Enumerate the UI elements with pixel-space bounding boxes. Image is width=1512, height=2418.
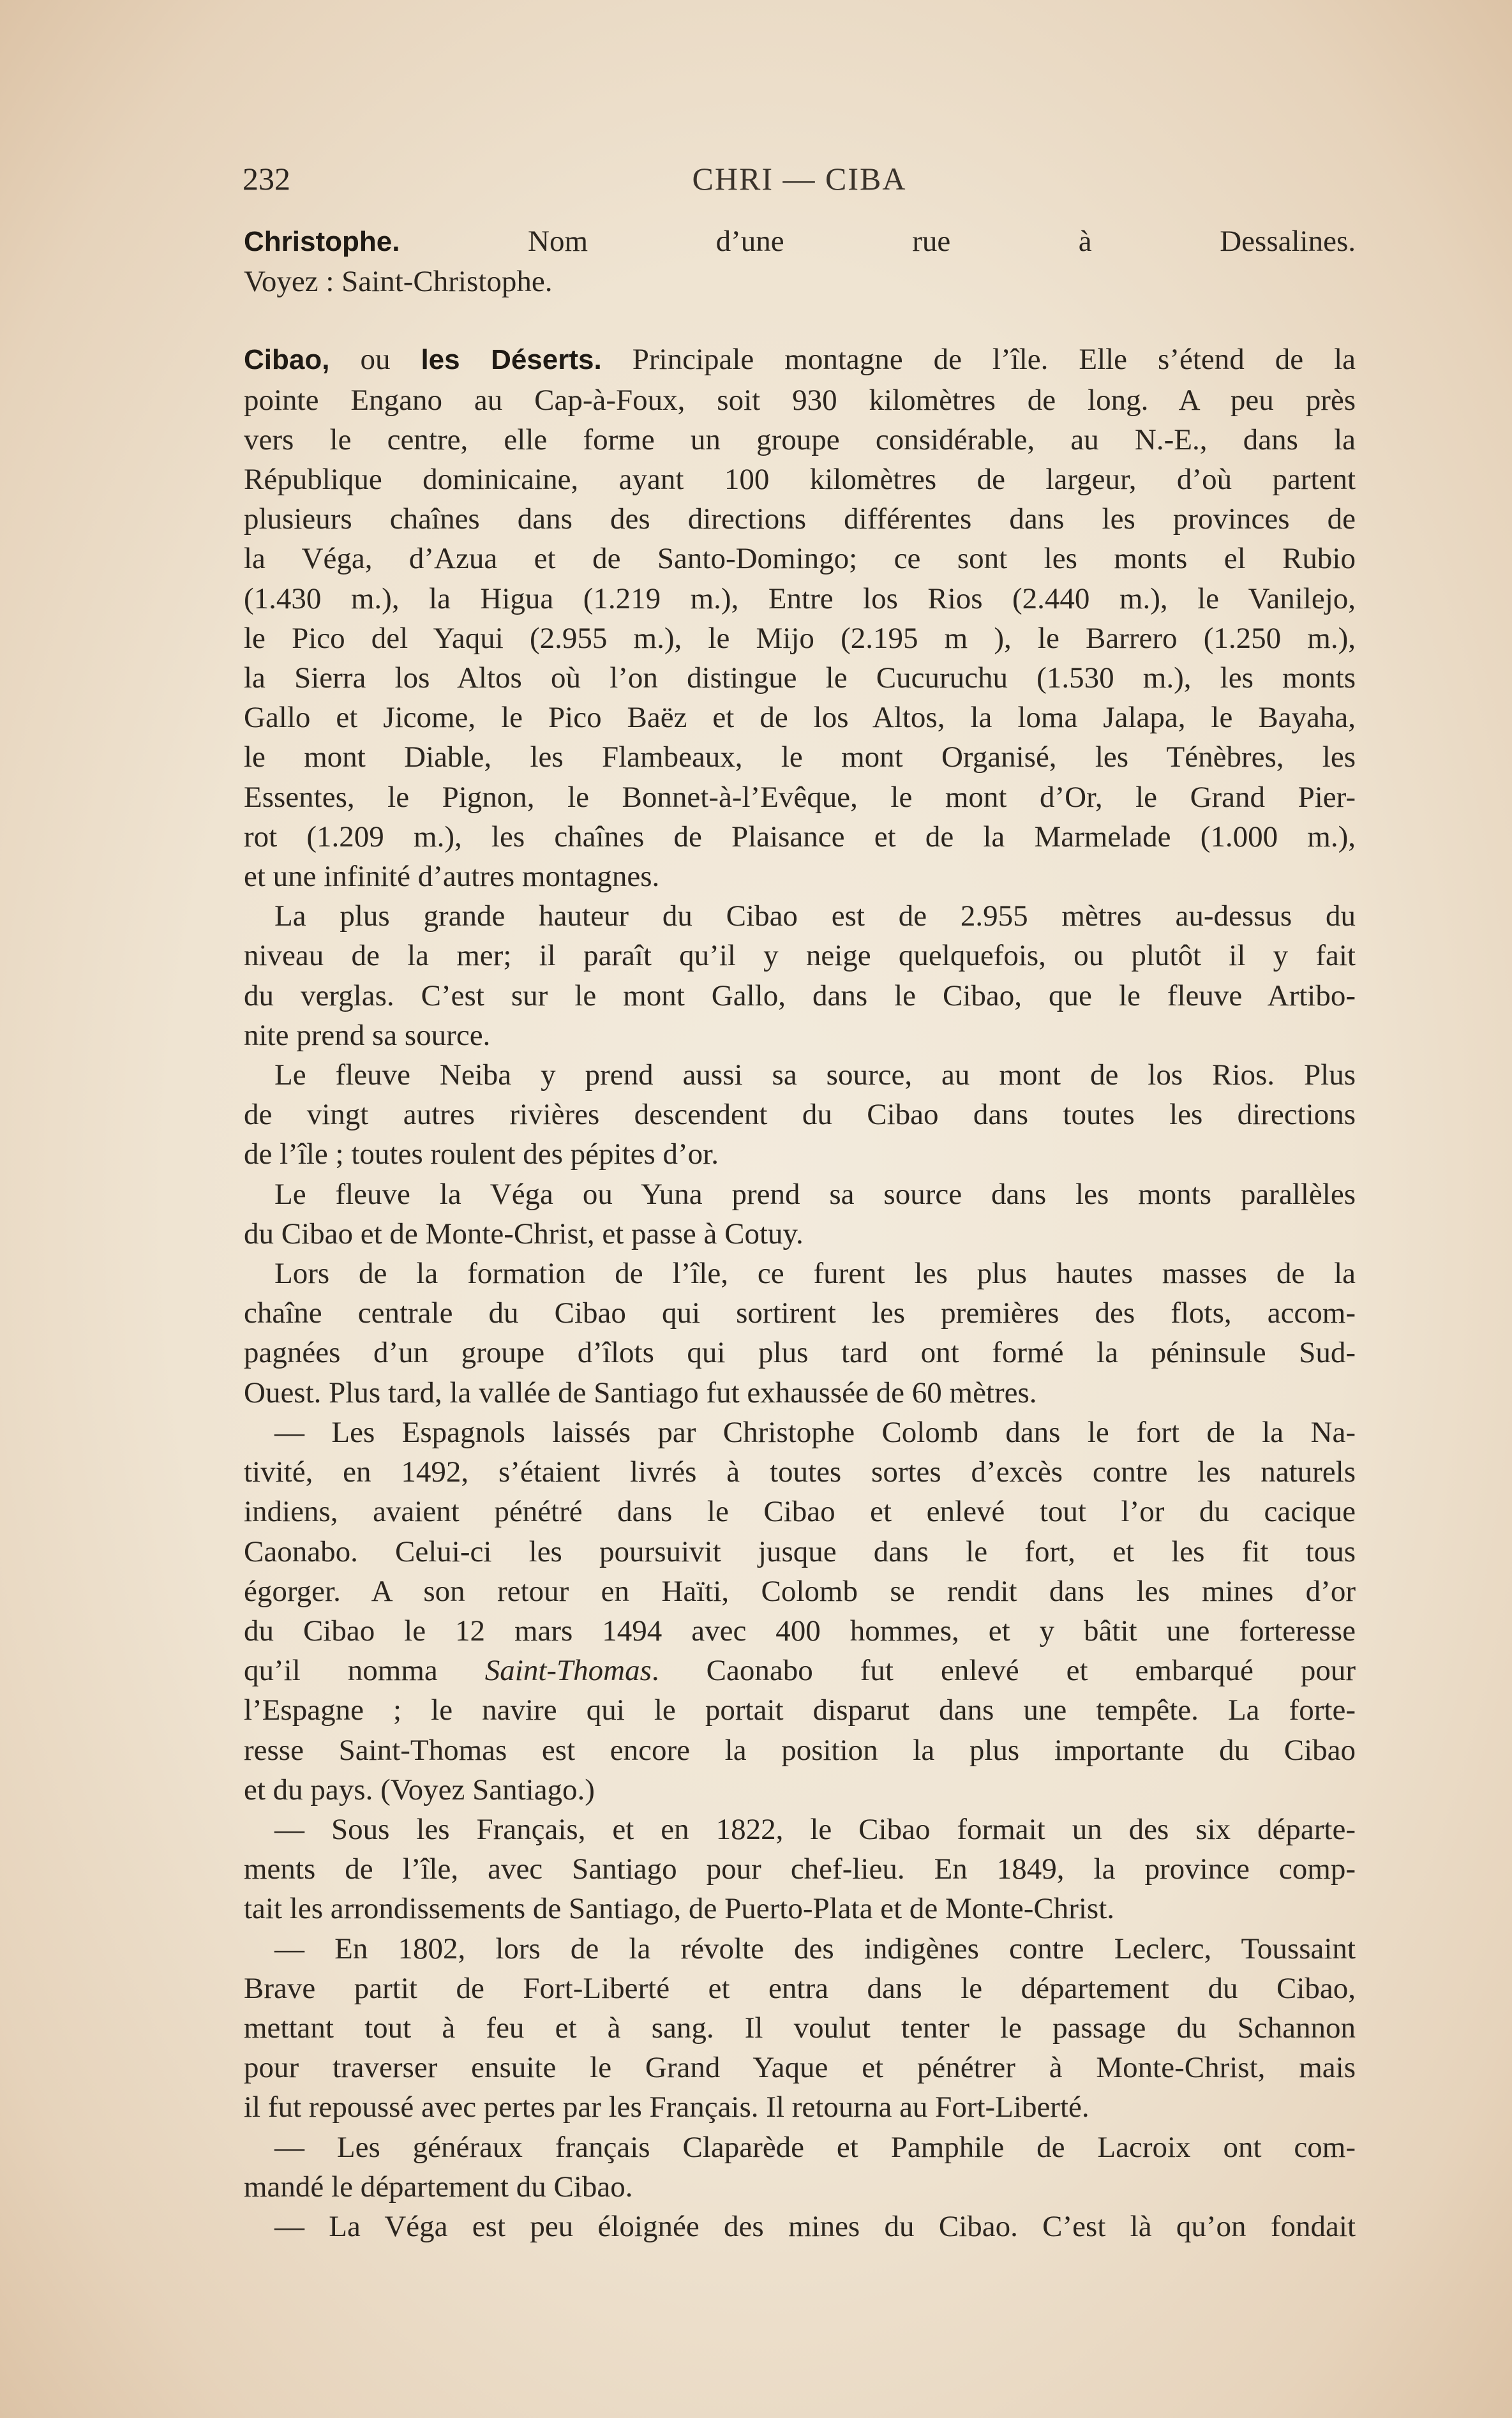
paragraph: — Les Espagnols laissés par Christophe C… <box>244 1413 1356 1810</box>
entry-cibao: Cibao, ou les Déserts. Principale montag… <box>244 340 1356 2246</box>
text-line: Brave partit de Fort-Liberté et entra da… <box>244 1969 1356 2008</box>
text-line: le mont Diable, les Flambeaux, le mont O… <box>244 737 1356 777</box>
running-head-title: CHRI — CIBA <box>243 156 1356 201</box>
paragraph: — Sous les Français, et en 1822, le Ciba… <box>244 1810 1356 1929</box>
book-page: 232 CHRI — CIBA Christophe. Nom d’une ru… <box>0 0 1512 2418</box>
paragraph: — La Véga est peu éloignée des mines du … <box>244 2207 1356 2246</box>
text-line: chaîne centrale du Cibao qui sortirent l… <box>244 1293 1356 1333</box>
text-line: pagnées d’un groupe d’îlots qui plus tar… <box>244 1333 1356 1372</box>
text-line: et du pays. (Voyez Santiago.) <box>244 1770 1356 1810</box>
text-line: République dominicaine, ayant 100 kilomè… <box>244 460 1356 499</box>
text-line: qu’il nomma Saint-Thomas. Caonabo fut en… <box>244 1651 1356 1690</box>
italic-place-name: Saint-Thomas <box>485 1654 652 1687</box>
paragraph: Lors de la formation de l’île, ce furent… <box>244 1254 1356 1413</box>
text-line: mandé le département du Cibao. <box>244 2167 1356 2207</box>
text-line: Voyez : Saint-Christophe. <box>244 262 1356 301</box>
headword: Cibao, <box>244 344 329 375</box>
text-line: plusieurs chaînes dans des directions di… <box>244 499 1356 539</box>
text-line: mettant tout à feu et à sang. Il voulut … <box>244 2008 1356 2048</box>
text-line: Christophe. Nom d’une rue à Dessalines. <box>244 222 1356 262</box>
text-line: — La Véga est peu éloignée des mines du … <box>244 2207 1356 2246</box>
text-line: La plus grande hauteur du Cibao est de 2… <box>244 896 1356 936</box>
text-line: nite prend sa source. <box>244 1016 1356 1055</box>
running-head: 232 CHRI — CIBA <box>243 156 1356 201</box>
text-line: — Sous les Français, et en 1822, le Ciba… <box>244 1810 1356 1849</box>
text-line: du Cibao le 12 mars 1494 avec 400 hommes… <box>244 1611 1356 1651</box>
text-line: vers le centre, elle forme un groupe con… <box>244 420 1356 460</box>
text-line: pointe Engano au Cap-à-Foux, soit 930 ki… <box>244 380 1356 420</box>
text-line: la Sierra los Altos où l’on distingue le… <box>244 658 1356 698</box>
text-line: et une infinité d’autres montagnes. <box>244 857 1356 896</box>
text-line: ments de l’île, avec Santiago pour chef-… <box>244 1849 1356 1889</box>
paragraph: Cibao, ou les Déserts. Principale montag… <box>244 340 1356 896</box>
text-line: de vingt autres rivières descendent du C… <box>244 1095 1356 1134</box>
text-line: pour traverser ensuite le Grand Yaque et… <box>244 2048 1356 2087</box>
entry-christophe: Christophe. Nom d’une rue à Dessalines. … <box>244 222 1356 301</box>
text-line: — En 1802, lors de la révolte des indigè… <box>244 1929 1356 1969</box>
text-line: (1.430 m.), la Higua (1.219 m.), Entre l… <box>244 579 1356 619</box>
text-line: égorger. A son retour en Haïti, Colomb s… <box>244 1572 1356 1611</box>
paragraph: Le fleuve la Véga ou Yuna prend sa sourc… <box>244 1175 1356 1254</box>
text-line: Le fleuve Neiba y prend aussi sa source,… <box>244 1055 1356 1095</box>
text-line: Cibao, ou les Déserts. Principale montag… <box>244 340 1356 380</box>
dictionary-text: Christophe. Nom d’une rue à Dessalines. … <box>244 222 1356 2246</box>
text-line: — Les généraux français Claparède et Pam… <box>244 2128 1356 2167</box>
paragraph: Le fleuve Neiba y prend aussi sa source,… <box>244 1055 1356 1175</box>
headword-alt: les Déserts. <box>421 344 601 375</box>
text-line: rot (1.209 m.), les chaînes de Plaisance… <box>244 817 1356 857</box>
text-line: tait les arrondissements de Santiago, de… <box>244 1889 1356 1928</box>
text-line: tivité, en 1492, s’étaient livrés à tout… <box>244 1452 1356 1492</box>
text-line: le Pico del Yaqui (2.955 m.), le Mijo (2… <box>244 619 1356 658</box>
text-line: Le fleuve la Véga ou Yuna prend sa sourc… <box>244 1175 1356 1214</box>
text-line: indiens, avaient pénétré dans le Cibao e… <box>244 1492 1356 1531</box>
paragraph: Christophe. Nom d’une rue à Dessalines. … <box>244 222 1356 301</box>
text-line: du verglas. C’est sur le mont Gallo, dan… <box>244 976 1356 1016</box>
text-line: Lors de la formation de l’île, ce furent… <box>244 1254 1356 1293</box>
text-line: Essentes, le Pignon, le Bonnet-à-l’Evêqu… <box>244 777 1356 817</box>
text-line: de l’île ; toutes roulent des pépites d’… <box>244 1134 1356 1174</box>
text-line: l’Espagne ; le navire qui le portait dis… <box>244 1690 1356 1730</box>
paragraph: — En 1802, lors de la révolte des indigè… <box>244 1929 1356 2128</box>
text-line: Caonabo. Celui-ci les poursuivit jusque … <box>244 1532 1356 1572</box>
text-line: resse Saint-Thomas est encore la positio… <box>244 1731 1356 1770</box>
text-line: niveau de la mer; il paraît qu’il y neig… <box>244 936 1356 975</box>
text-line: la Véga, d’Azua et de Santo-Domingo; ce … <box>244 539 1356 578</box>
paragraph: La plus grande hauteur du Cibao est de 2… <box>244 896 1356 1055</box>
text-line: — Les Espagnols laissés par Christophe C… <box>244 1413 1356 1452</box>
text-line: Ouest. Plus tard, la vallée de Santiago … <box>244 1373 1356 1413</box>
text-line: Gallo et Jicome, le Pico Baëz et de los … <box>244 698 1356 737</box>
text-line: du Cibao et de Monte-Christ, et passe à … <box>244 1214 1356 1254</box>
headword: Christophe. <box>244 226 400 257</box>
text-line: il fut repoussé avec pertes par les Fran… <box>244 2087 1356 2127</box>
paragraph: — Les généraux français Claparède et Pam… <box>244 2128 1356 2207</box>
